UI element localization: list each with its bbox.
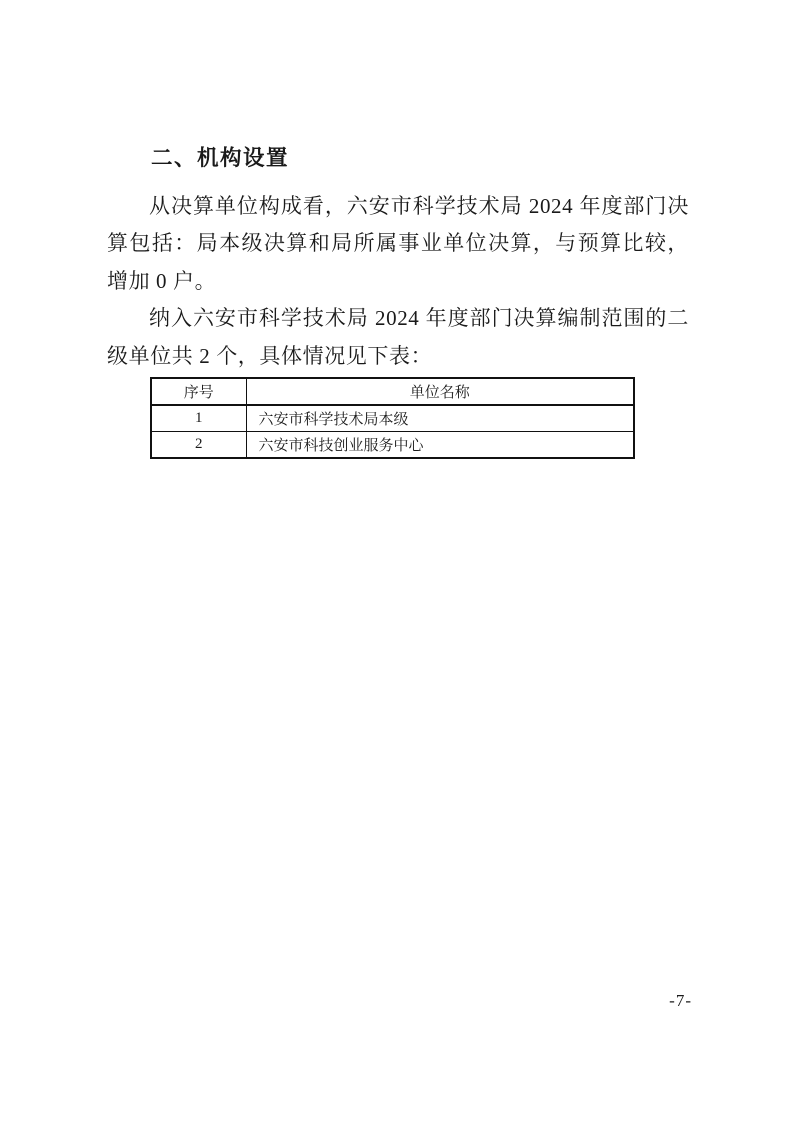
header-cell-unit-name: 单位名称 — [246, 378, 634, 405]
section-heading: 二、机构设置 — [107, 140, 689, 177]
table-row: 1六安市科学技术局本级 — [151, 405, 634, 432]
header-cell-index: 序号 — [151, 378, 246, 405]
unit-name-cell: 六安市科技创业服务中心 — [246, 432, 634, 459]
row-index-cell: 2 — [151, 432, 246, 459]
units-table-header: 序号 单位名称 — [151, 378, 634, 405]
paragraph-units-scope: 纳入六安市科学技术局 2024 年度部门决算编制范围的二级单位共 2 个，具体情… — [107, 300, 689, 375]
page-number: -7- — [669, 991, 692, 1011]
document-page: 二、机构设置 从决算单位构成看，六安市科学技术局 2024 年度部门决算包括：局… — [0, 0, 793, 1122]
document-content: 二、机构设置 从决算单位构成看，六安市科学技术局 2024 年度部门决算包括：局… — [107, 140, 689, 459]
table-row: 2六安市科技创业服务中心 — [151, 432, 634, 459]
unit-name-cell: 六安市科学技术局本级 — [246, 405, 634, 432]
paragraph-budget-composition: 从决算单位构成看，六安市科学技术局 2024 年度部门决算包括：局本级决算和局所… — [107, 188, 689, 300]
units-table-body: 1六安市科学技术局本级2六安市科技创业服务中心 — [151, 405, 634, 458]
table-header-row: 序号 单位名称 — [151, 378, 634, 405]
units-table: 序号 单位名称 1六安市科学技术局本级2六安市科技创业服务中心 — [150, 377, 635, 459]
row-index-cell: 1 — [151, 405, 246, 432]
